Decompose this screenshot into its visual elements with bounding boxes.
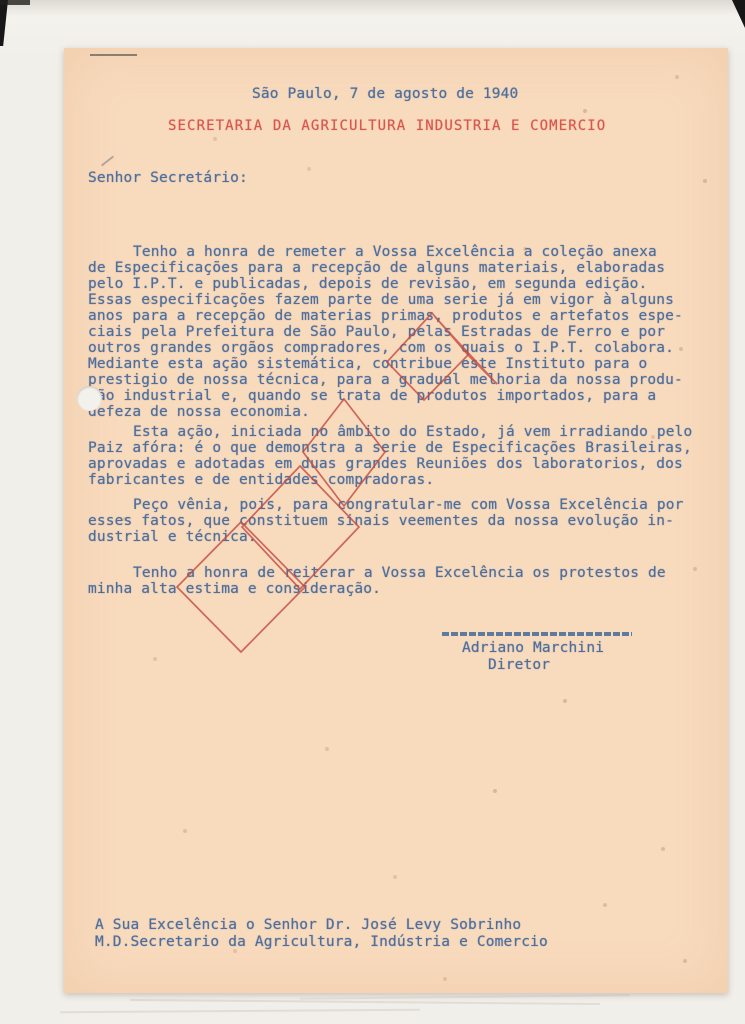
salutation: Senhor Secretário: xyxy=(88,170,248,186)
scan-corner-artifact-top-left-strip xyxy=(0,0,30,5)
punch-hole xyxy=(77,386,102,411)
scanner-background: São Paulo, 7 de agosto de 1940 SECRETARI… xyxy=(0,0,745,1024)
body-paragraph-1: Tenho a honra de remeter a Vossa Excelên… xyxy=(88,244,700,420)
scan-corner-artifact-top-left xyxy=(0,0,8,46)
signature-title: Diretor xyxy=(488,657,550,673)
letterhead-title: SECRETARIA DA AGRICULTURA INDUSTRIA E CO… xyxy=(168,118,606,134)
signature-rule xyxy=(442,632,632,636)
letter-paper: São Paulo, 7 de agosto de 1940 SECRETARI… xyxy=(64,48,728,993)
addressee-block: A Sua Excelência o Senhor Dr. José Levy … xyxy=(95,917,548,951)
paper-crease-line xyxy=(130,999,600,1005)
scan-corner-artifact-top-right xyxy=(732,0,745,28)
body-paragraph-2: Esta ação, iniciada no âmbito do Estado,… xyxy=(88,424,700,488)
pencil-slash-mark xyxy=(101,156,114,167)
paper-crease-line xyxy=(300,994,630,999)
body-paragraph-3: Peço vênia, pois, para congratular-me co… xyxy=(88,497,700,545)
date-line: São Paulo, 7 de agosto de 1940 xyxy=(252,86,518,102)
paper-speckles xyxy=(64,48,66,50)
signature-name: Adriano Marchini xyxy=(462,640,604,656)
paper-crease-line xyxy=(60,1009,420,1014)
body-paragraph-4: Tenho a honra de reiterar a Vossa Excelê… xyxy=(88,565,700,597)
pencil-mark-top xyxy=(90,54,137,56)
